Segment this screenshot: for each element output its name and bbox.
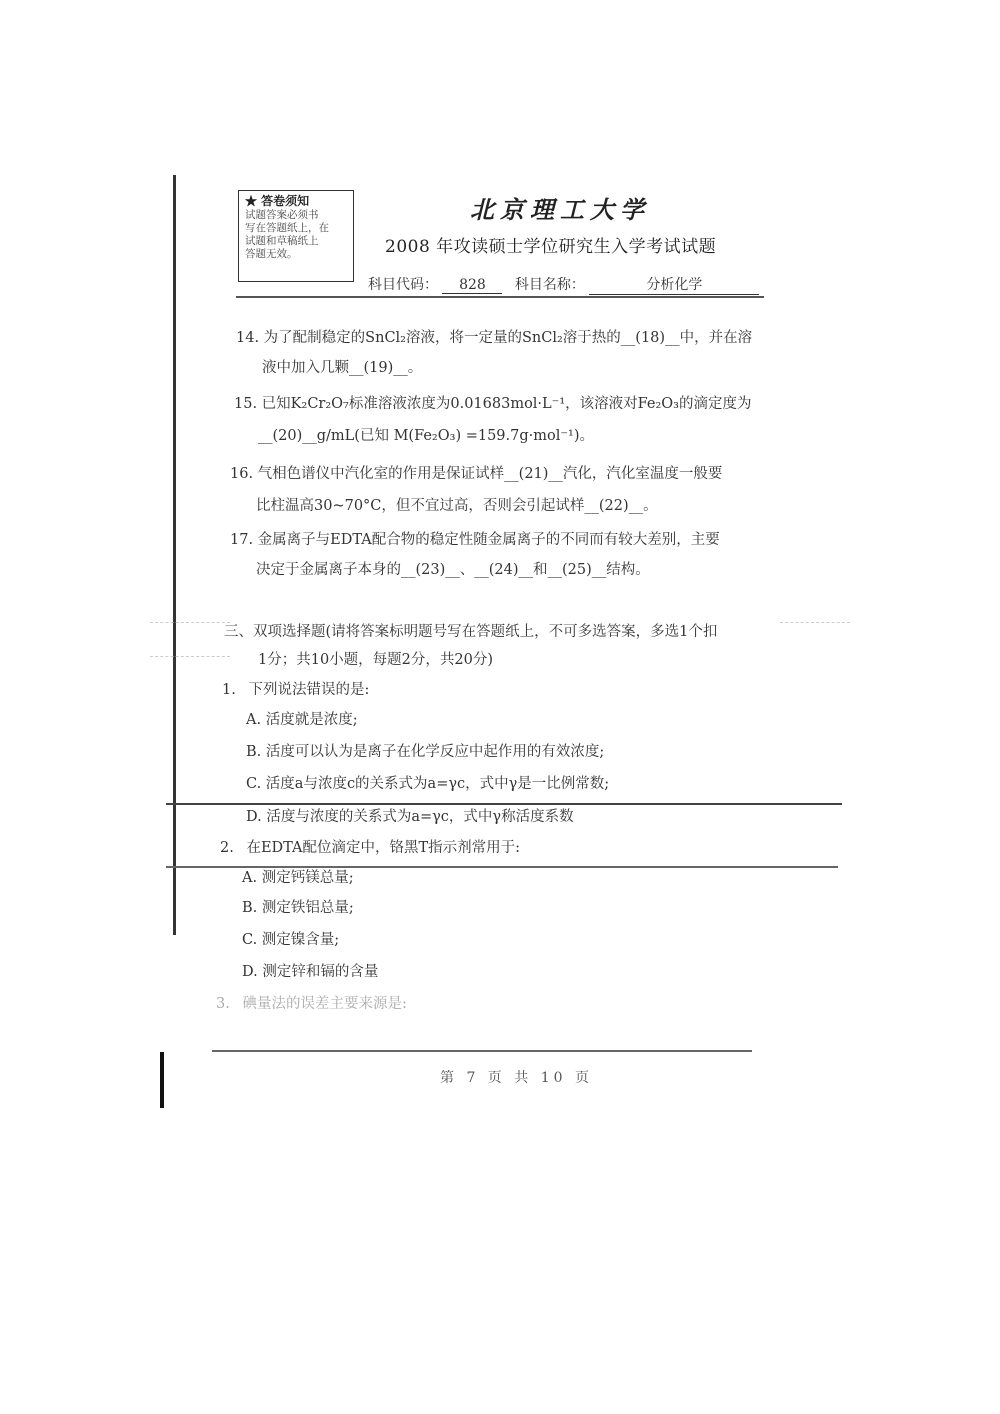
scan-noise-line bbox=[780, 622, 850, 624]
page-number: 第 7 页 共 10 页 bbox=[440, 1067, 593, 1087]
notice-line: 写在答题纸上，在 bbox=[245, 222, 347, 235]
exam-title: 2008 年攻读硕士学位研究生入学考试试题 bbox=[385, 232, 716, 257]
question-16: 16. 气相色谱仪中汽化室的作用是保证试样__(21)__汽化，汽化室温度一般要 bbox=[230, 462, 722, 483]
mcq-1-option-b: B. 活度可以认为是离子在化学反应中起作用的有效浓度; bbox=[246, 740, 604, 761]
mcq-1-option-d: D. 活度与浓度的关系式为a=γc，式中γ称活度系数 bbox=[246, 805, 574, 826]
section-3-heading-cont: 1分；共10小题，每题2分，共20分) bbox=[258, 648, 493, 669]
notice-line: 答题无效。 bbox=[245, 248, 347, 261]
question-number: 15. bbox=[234, 396, 257, 412]
mcq-2: 2. 在EDTA配位滴定中，铬黑T指示剂常用于: bbox=[220, 836, 520, 857]
question-17-cont: 决定于金属离子本身的__(23)__、__(24)__和__(25)__结构。 bbox=[256, 558, 650, 579]
question-number: 3. bbox=[216, 996, 230, 1012]
question-number: 16. bbox=[230, 466, 253, 482]
notice-line: 试题答案必须书 bbox=[245, 209, 347, 222]
mcq-2-option-b: B. 测定铁铝总量; bbox=[242, 896, 354, 917]
question-text: 气相色谱仪中汽化室的作用是保证试样__(21)__汽化，汽化室温度一般要 bbox=[258, 466, 723, 482]
question-number: 14. bbox=[236, 330, 259, 346]
footer-divider bbox=[212, 1050, 752, 1052]
mcq-2-option-d: D. 测定锌和镉的含量 bbox=[242, 960, 378, 981]
question-stem: 下列说法错误的是: bbox=[248, 682, 369, 698]
question-text: 金属离子与EDTA配合物的稳定性随金属离子的不同而有较大差别，主要 bbox=[258, 532, 720, 548]
scan-edge-line bbox=[173, 175, 176, 935]
subject-code: 828 bbox=[442, 277, 502, 294]
question-number: 2. bbox=[220, 840, 234, 856]
question-14: 14. 为了配制稳定的SnCl₂溶液，将一定量的SnCl₂溶于热的__(18)_… bbox=[236, 326, 752, 347]
mcq-1-option-c: C. 活度a与浓度c的关系式为a=γc，式中γ是一比例常数; bbox=[246, 772, 609, 793]
question-15-cont: __(20)__g/mL(已知 M(Fe₂O₃) =159.7g·mol⁻¹)。 bbox=[258, 424, 594, 445]
subject-name: 分析化学 bbox=[589, 274, 759, 295]
question-15: 15. 已知K₂Cr₂O₇标准溶液浓度为0.01683mol·L⁻¹，该溶液对F… bbox=[234, 392, 752, 413]
mcq-1-option-a: A. 活度就是浓度; bbox=[246, 708, 358, 729]
mcq-2-option-c: C. 测定镍含量; bbox=[242, 928, 339, 949]
question-stem: 碘量法的误差主要来源是: bbox=[242, 996, 406, 1012]
question-number: 17. bbox=[230, 532, 253, 548]
notice-heading: ★ 答卷须知 bbox=[245, 195, 347, 208]
subject-info: 科目代码： 828 科目名称： 分析化学 bbox=[368, 274, 759, 295]
header-divider bbox=[236, 296, 764, 298]
notice-line: 试题和草稿纸上 bbox=[245, 235, 347, 248]
question-text: 为了配制稳定的SnCl₂溶液，将一定量的SnCl₂溶于热的__(18)__中，并… bbox=[264, 330, 752, 346]
question-17: 17. 金属离子与EDTA配合物的稳定性随金属离子的不同而有较大差别，主要 bbox=[230, 528, 720, 549]
section-3-heading: 三、双项选择题(请将答案标明题号写在答题纸上，不可多选答案，多选1个扣 bbox=[224, 620, 717, 641]
mcq-1: 1. 下列说法错误的是: bbox=[222, 678, 369, 699]
subject-code-label: 科目代码： bbox=[368, 277, 438, 293]
scan-edge-mark bbox=[160, 1052, 164, 1108]
mcq-3: 3. 碘量法的误差主要来源是: bbox=[216, 992, 407, 1013]
answer-notice-box: ★ 答卷须知 试题答案必须书 写在答题纸上，在 试题和草稿纸上 答题无效。 bbox=[238, 190, 354, 282]
question-text: 已知K₂Cr₂O₇标准溶液浓度为0.01683mol·L⁻¹，该溶液对Fe₂O₃… bbox=[262, 396, 752, 412]
mcq-2-option-a: A. 测定钙镁总量; bbox=[242, 866, 354, 887]
question-16-cont: 比柱温高30~70°C，但不宜过高，否则会引起试样__(22)__。 bbox=[256, 494, 658, 515]
scan-noise-line bbox=[150, 622, 230, 624]
question-14-cont: 液中加入几颗__(19)__。 bbox=[262, 356, 422, 377]
question-number: 1. bbox=[222, 682, 236, 698]
scan-noise-line bbox=[150, 656, 230, 658]
subject-name-label: 科目名称： bbox=[515, 277, 585, 293]
question-stem: 在EDTA配位滴定中，铬黑T指示剂常用于: bbox=[246, 840, 520, 856]
university-name: 北京理工大学 bbox=[470, 190, 650, 225]
